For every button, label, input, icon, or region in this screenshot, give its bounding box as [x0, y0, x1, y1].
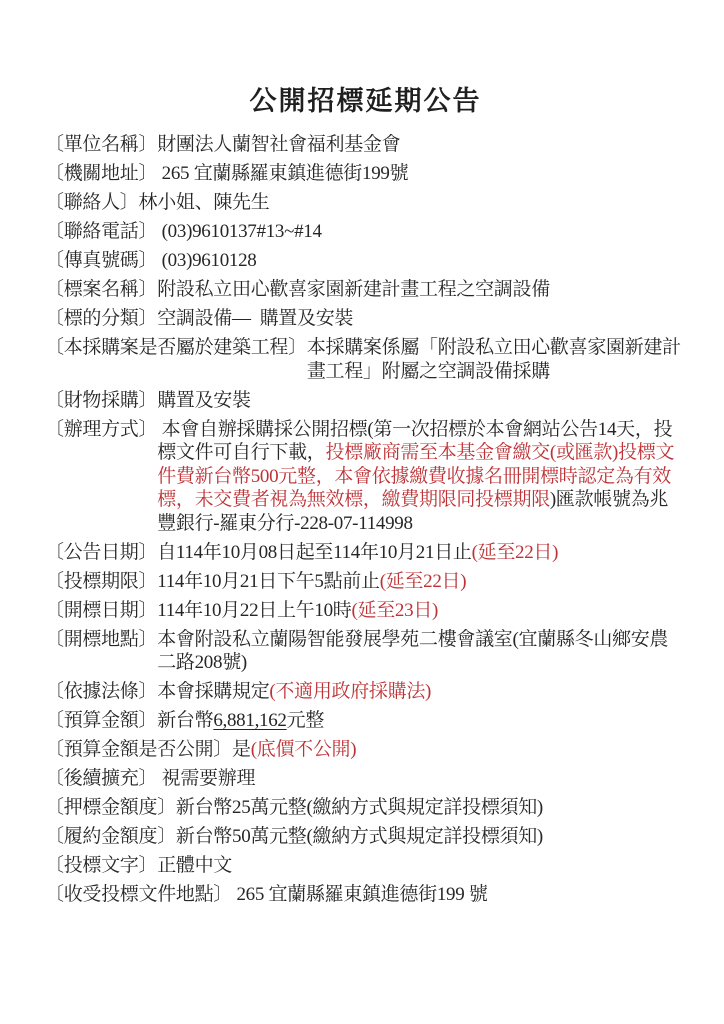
field-value: 265 宜蘭縣羅東鎮進德街199 號 [232, 883, 686, 907]
field-value: (03)9610137#13~#14 [157, 220, 686, 244]
budget-amount-underlined: 6,881,162 [213, 710, 286, 731]
field-label: 〔單位名稱〕 [45, 133, 157, 157]
field-label: 〔預算金額〕 [45, 709, 157, 733]
field-budget-public: 〔預算金額是否公開〕是(底價不公開) [45, 738, 686, 762]
text-segment: 新台幣 [157, 710, 213, 731]
field-label: 〔聯絡電話〕 [45, 220, 157, 244]
field-label: 〔收受投標文件地點〕 [45, 883, 232, 907]
field-label: 〔標案名稱〕 [45, 278, 157, 302]
text-segment: 元整 [287, 710, 324, 731]
field-agency-address: 〔機關地址〕 265 宜蘭縣羅東鎮進德街199號 [45, 162, 686, 186]
field-is-construction: 〔本採購案是否屬於建築工程〕本採購案係屬「附設私立田心歡喜家園新建計畫工程」附屬… [45, 336, 686, 383]
field-label: 〔聯絡人〕 [45, 191, 139, 215]
field-value: 本採購案係屬「附設私立田心歡喜家園新建計畫工程」附屬之空調設備採購 [307, 336, 686, 383]
page-title: 公開招標延期公告 [45, 84, 686, 118]
field-value: 自114年10月08日起至114年10月21日止(延至22日) [157, 541, 686, 565]
field-value: 114年10月21日下午5點前止(延至22日) [157, 570, 686, 594]
field-value: 本會採購規定(不適用政府採購法) [157, 680, 686, 704]
field-value: 購置及安裝 [157, 389, 686, 413]
text-segment-red: (延至22日) [380, 571, 467, 592]
field-value: 265 宜蘭縣羅東鎮進德街199號 [157, 162, 686, 186]
field-announcement-date: 〔公告日期〕自114年10月08日起至114年10月21日止(延至22日) [45, 541, 686, 565]
field-bid-submission-location: 〔收受投標文件地點〕 265 宜蘭縣羅東鎮進德街199 號 [45, 883, 686, 907]
field-value: 是(底價不公開) [232, 738, 686, 762]
field-label: 〔後續擴充〕 [45, 767, 157, 791]
field-label: 〔開標日期〕 [45, 599, 157, 623]
text-segment: 114年10月21日下午5點前止 [157, 571, 380, 592]
text-segment: 本會採購規定 [157, 681, 269, 702]
field-label: 〔投標文字〕 [45, 854, 157, 878]
text-segment: 114年10月22日上午10時 [157, 600, 351, 621]
text-segment-red: (不適用政府採購法) [269, 681, 431, 702]
text-segment-red: (延至22日) [472, 542, 559, 563]
text-segment-red: (底價不公開) [251, 739, 357, 760]
field-value: 財團法人蘭智社會福利基金會 [157, 133, 686, 157]
field-unit-name: 〔單位名稱〕財團法人蘭智社會福利基金會 [45, 133, 686, 157]
field-subject-category: 〔標的分類〕空調設備— 購置及安裝 [45, 307, 686, 331]
field-label: 〔本採購案是否屬於建築工程〕 [45, 336, 307, 360]
field-contact-phone: 〔聯絡電話〕 (03)9610137#13~#14 [45, 220, 686, 244]
field-value: 視需要辦理 [157, 767, 686, 791]
field-label: 〔依據法條〕 [45, 680, 157, 704]
field-value: (03)9610128 [157, 249, 686, 273]
field-label: 〔履約金額度〕 [45, 825, 176, 849]
field-value: 本會自辦採購採公開招標(第一次招標於本會網站公告14天，投標文件可自行下載，投標… [157, 418, 686, 536]
field-label: 〔預算金額是否公開〕 [45, 738, 232, 762]
field-tender-name: 〔標案名稱〕附設私立田心歡喜家園新建計畫工程之空調設備 [45, 278, 686, 302]
text-segment: 自114年10月08日起至114年10月21日止 [157, 542, 471, 563]
field-value: 空調設備— 購置及安裝 [157, 307, 686, 331]
field-performance-bond: 〔履約金額度〕新台幣50萬元整(繳納方式與規定詳投標須知) [45, 825, 686, 849]
field-bid-language: 〔投標文字〕正體中文 [45, 854, 686, 878]
field-fax-number: 〔傳真號碼〕 (03)9610128 [45, 249, 686, 273]
field-follow-up: 〔後續擴充〕 視需要辦理 [45, 767, 686, 791]
field-value: 林小姐、陳先生 [139, 191, 686, 215]
field-bid-deadline: 〔投標期限〕114年10月21日下午5點前止(延至22日) [45, 570, 686, 594]
document-page: 公開招標延期公告 〔單位名稱〕財團法人蘭智社會福利基金會 〔機關地址〕 265 … [0, 0, 724, 1024]
field-legal-basis: 〔依據法條〕本會採購規定(不適用政府採購法) [45, 680, 686, 704]
field-value: 新台幣6,881,162元整 [157, 709, 686, 733]
field-label: 〔押標金額度〕 [45, 796, 176, 820]
field-handling-method: 〔辦理方式〕 本會自辦採購採公開招標(第一次招標於本會網站公告14天，投標文件可… [45, 418, 686, 536]
field-label: 〔標的分類〕 [45, 307, 157, 331]
field-label: 〔公告日期〕 [45, 541, 157, 565]
field-value: 正體中文 [157, 854, 686, 878]
field-label: 〔辦理方式〕 [45, 418, 157, 442]
field-goods-procurement: 〔財物採購〕購置及安裝 [45, 389, 686, 413]
field-bid-bond: 〔押標金額度〕新台幣25萬元整(繳納方式與規定詳投標須知) [45, 796, 686, 820]
field-label: 〔財物採購〕 [45, 389, 157, 413]
text-segment: 是 [232, 739, 251, 760]
text-segment-red: (延至23日) [352, 600, 439, 621]
field-value: 114年10月22日上午10時(延至23日) [157, 599, 686, 623]
field-value: 本會附設私立蘭陽智能發展學苑二樓會議室(宜蘭縣冬山鄉安農二路208號) [157, 628, 686, 675]
field-opening-location: 〔開標地點〕本會附設私立蘭陽智能發展學苑二樓會議室(宜蘭縣冬山鄉安農二路208號… [45, 628, 686, 675]
field-budget-amount: 〔預算金額〕新台幣6,881,162元整 [45, 709, 686, 733]
field-label: 〔傳真號碼〕 [45, 249, 157, 273]
field-contact-person: 〔聯絡人〕林小姐、陳先生 [45, 191, 686, 215]
field-label: 〔投標期限〕 [45, 570, 157, 594]
field-value: 附設私立田心歡喜家園新建計畫工程之空調設備 [157, 278, 686, 302]
field-label: 〔開標地點〕 [45, 628, 157, 652]
field-value: 新台幣25萬元整(繳納方式與規定詳投標須知) [176, 796, 686, 820]
field-label: 〔機關地址〕 [45, 162, 157, 186]
field-value: 新台幣50萬元整(繳納方式與規定詳投標須知) [176, 825, 686, 849]
field-opening-date: 〔開標日期〕114年10月22日上午10時(延至23日) [45, 599, 686, 623]
